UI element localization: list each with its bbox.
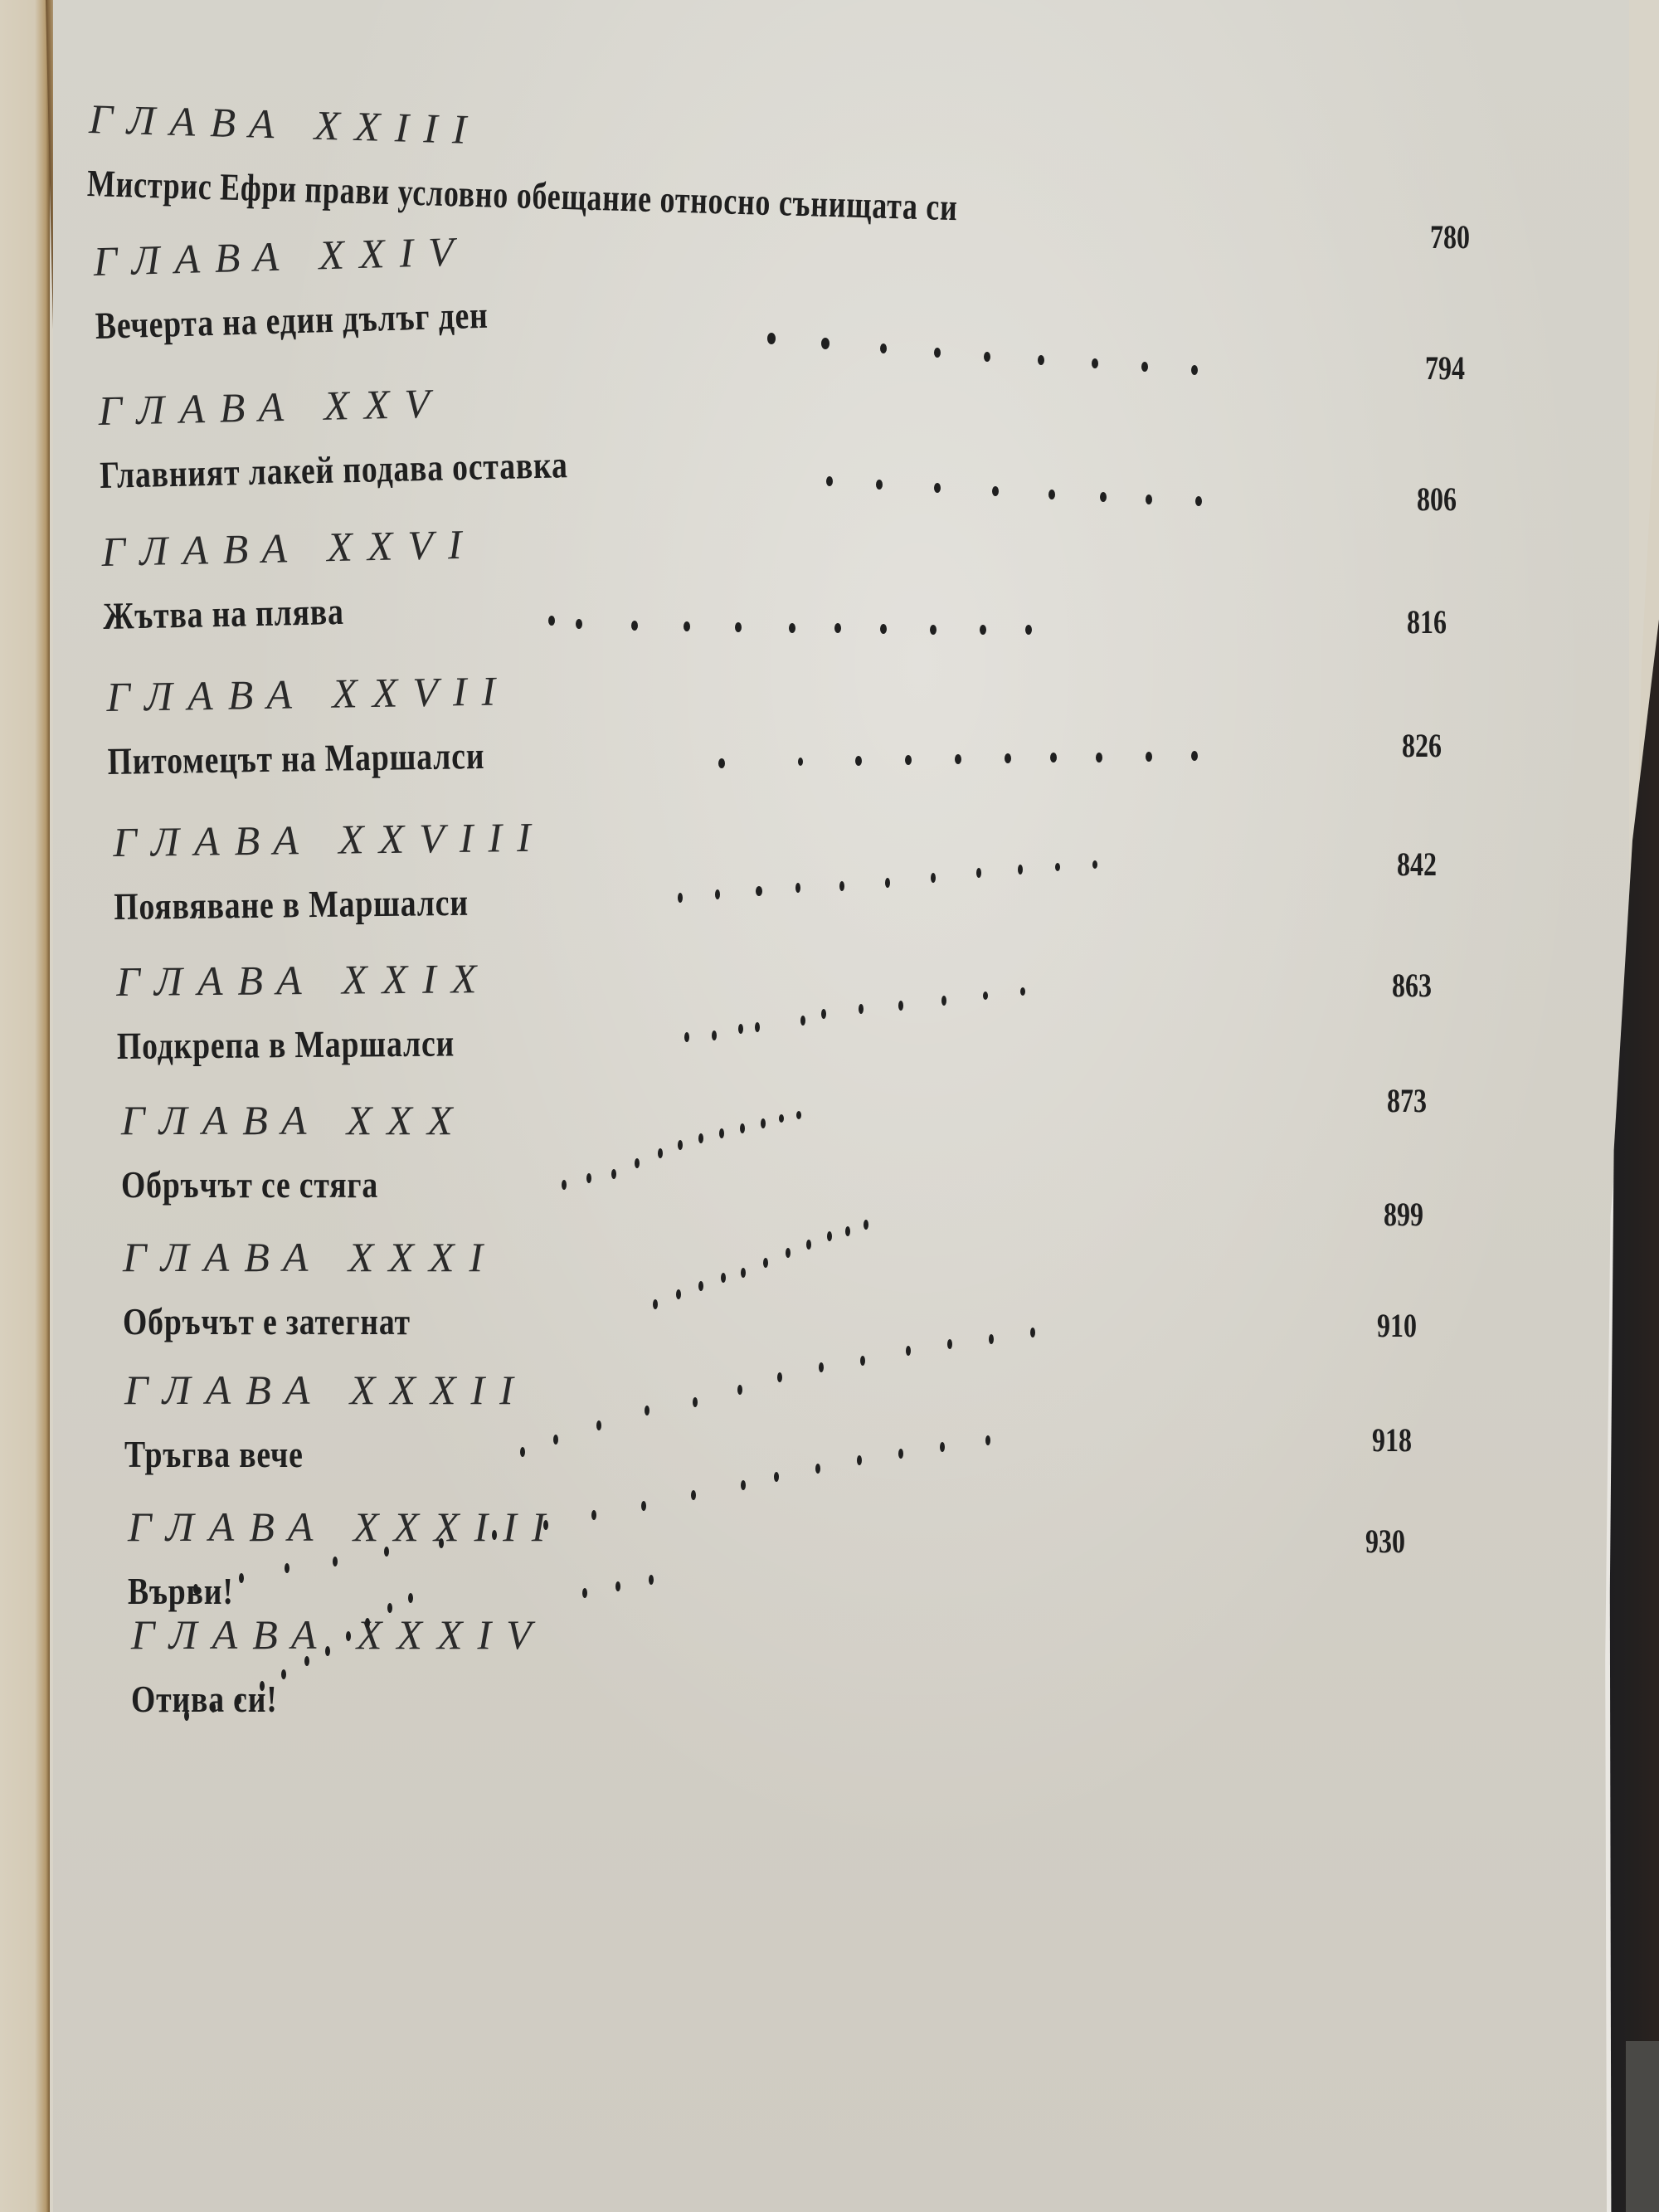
chapter-label: ГЛАВА XXV (98, 358, 1509, 431)
page-number: 899 (1384, 1195, 1423, 1234)
dot-leader (829, 477, 1377, 485)
dot-leader (767, 332, 1365, 340)
page-number: 842 (1397, 845, 1437, 884)
toc-entry: ГЛАВА XXXI Обръчът е затегнат (123, 1236, 1533, 1341)
chapter-label: ГЛАВА XXXIII (128, 1506, 1538, 1547)
chapter-label: ГЛАВА XXXIV (131, 1614, 1541, 1655)
chapter-label: ГЛАВА XXXII (124, 1369, 1535, 1411)
chapter-label: ГЛАВА XXXI (123, 1236, 1533, 1278)
chapter-label: ГЛАВА XXVI (101, 501, 1512, 572)
page-number: 826 (1402, 726, 1442, 765)
dot-leader (655, 1211, 1385, 1220)
chapter-title: Вечерта на един дълъг ден (95, 275, 1252, 345)
toc-entry: ГЛАВА XXVII Питомецът на Маршалси (106, 654, 1518, 781)
chapter-label: ГЛАВА XXIX (116, 948, 1526, 1002)
chapter-label: ГЛАВА XXX (121, 1099, 1531, 1141)
page-number: 816 (1407, 602, 1447, 641)
page-number: 918 (1372, 1420, 1412, 1459)
page-number: 873 (1387, 1081, 1427, 1120)
chapter-title: Жътва на плява (103, 573, 1260, 636)
chapter-label: ГЛАВА XXVII (106, 654, 1517, 718)
toc-entry: ГЛАВА XXV Главният лакей подава оставка (98, 358, 1510, 495)
chapter-title: Обръчът се стяга (121, 1166, 1277, 1204)
chapter-label: ГЛАВА XXIII (89, 98, 1500, 178)
toc-entry: ГЛАВА XXX Обръчът се стяга (121, 1099, 1531, 1204)
toc-entry: ГЛАВА XXIV Вечерта на един дълъг ден (93, 202, 1506, 345)
table-of-contents: ГЛАВА XXIII Мистрис Ефри прави условно о… (0, 0, 1659, 2212)
toc-entry: ГЛАВА XXXII Тръгва вече (124, 1369, 1535, 1474)
toc-entry: ГЛАВА XXVI Жътва на плява (101, 501, 1513, 636)
toc-entry: ГЛАВА XXXIII Върви! (128, 1506, 1538, 1610)
toc-entry: ГЛАВА XXVIII Появяване в Маршалси (113, 804, 1524, 926)
chapter-title: Тръгва вече (124, 1435, 1281, 1474)
chapter-title: Подкрепа в Маршалси (117, 1017, 1273, 1065)
chapter-title: Появяване в Маршалси (114, 874, 1270, 926)
page-number: 910 (1377, 1306, 1417, 1345)
chapter-label: ГЛАВА XXVIII (113, 804, 1523, 863)
page-number: 863 (1392, 966, 1432, 1005)
chapter-title: Отива си! (131, 1680, 1287, 1718)
page-number: 930 (1365, 1522, 1405, 1561)
toc-entry: ГЛАВА XXXIV Отива си! (131, 1614, 1541, 1718)
chapter-title: Обръчът е затегнат (123, 1303, 1279, 1341)
toc-entry: ГЛАВА XXIX Подкрепа в Маршалси (116, 948, 1527, 1065)
chapter-title: Върви! (128, 1572, 1284, 1610)
chapter-title: Питомецът на Маршалси (107, 724, 1264, 781)
chapter-title: Главният лакей подава оставка (100, 430, 1257, 495)
